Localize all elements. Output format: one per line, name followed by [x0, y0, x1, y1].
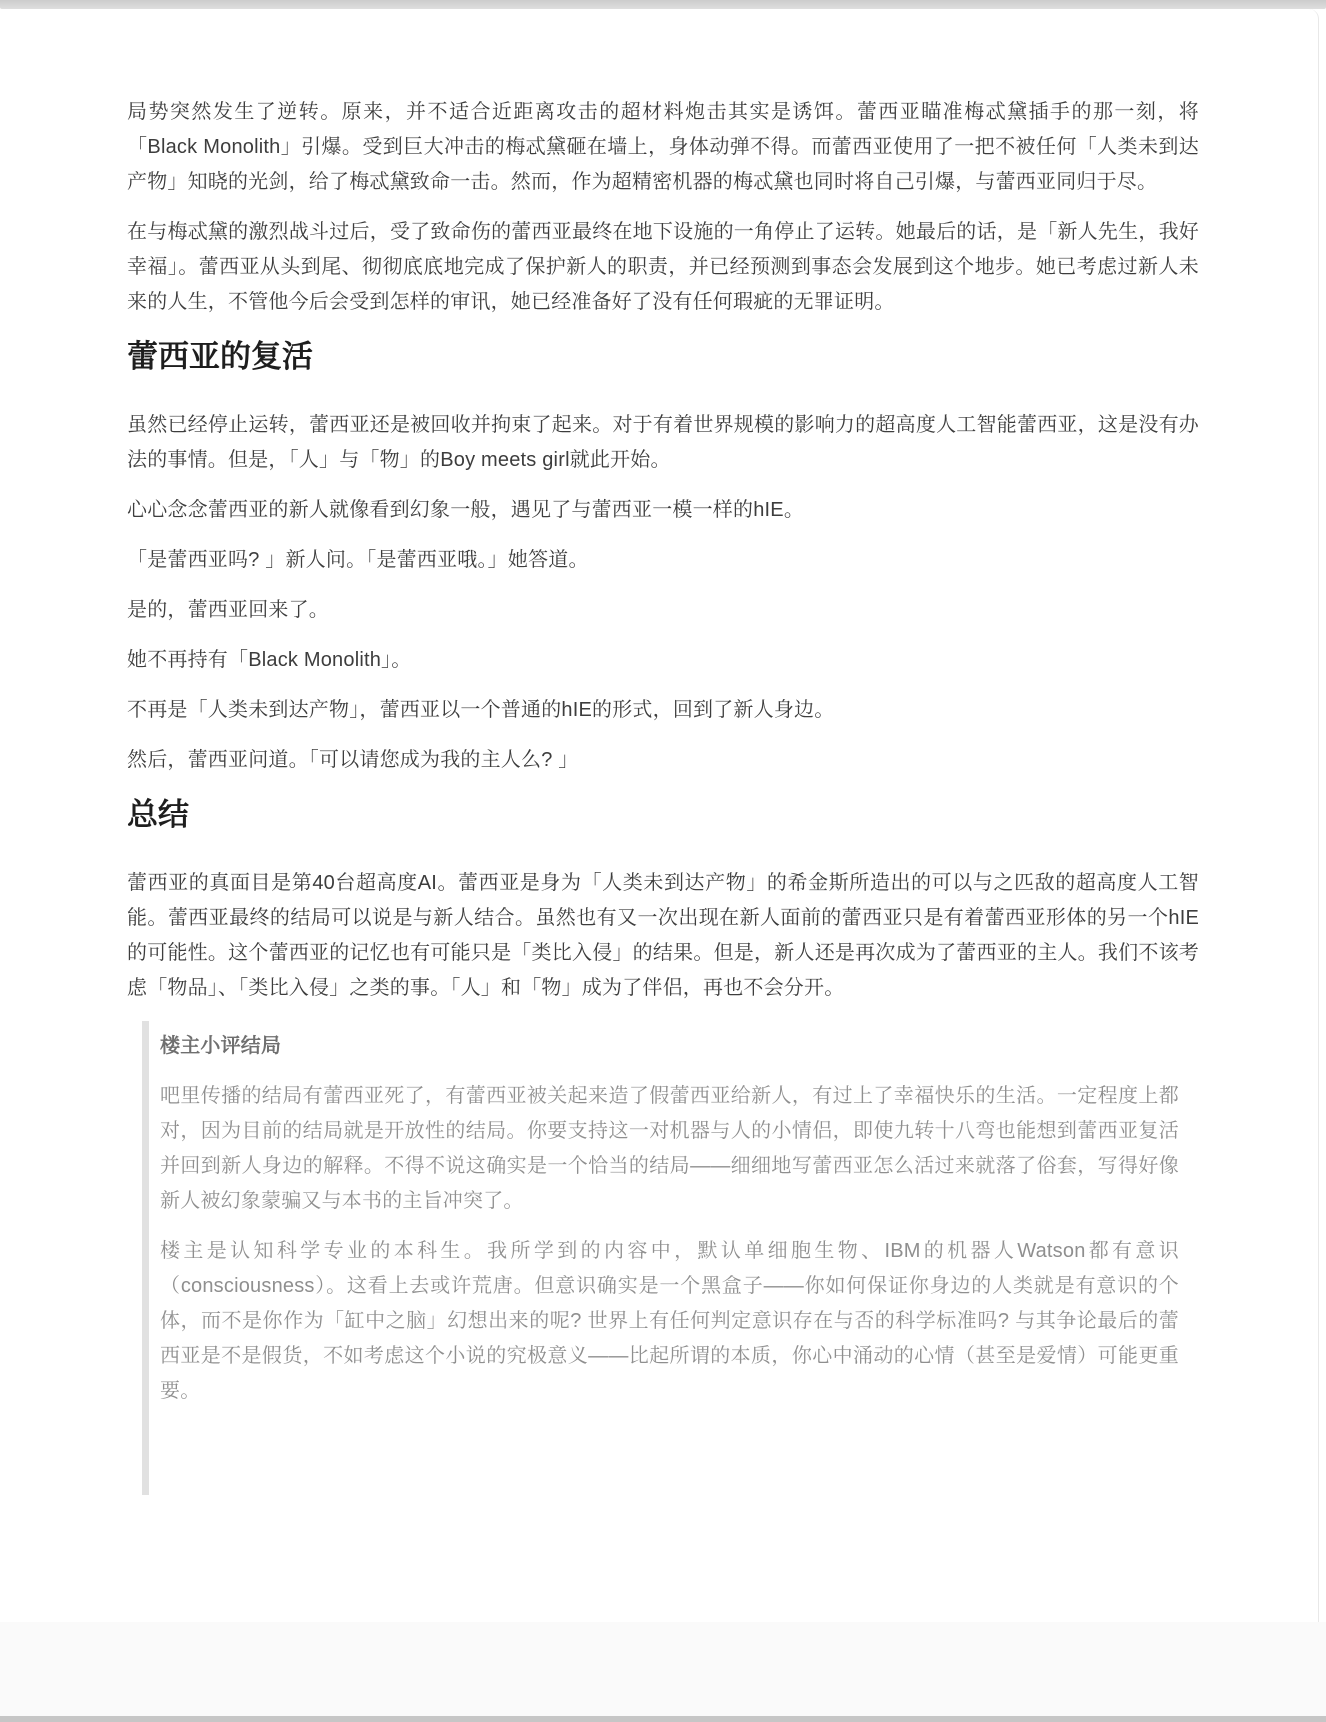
paragraph: 心心念念蕾西亚的新人就像看到幻象一般，遇见了与蕾西亚一模一样的hIE。 — [127, 493, 1199, 528]
paragraph: 虽然已经停止运转，蕾西亚还是被回收并拘束了起来。对于有着世界规模的影响力的超高度… — [127, 408, 1199, 478]
paragraph: 蕾西亚的真面目是第40台超高度AI。蕾西亚是身为「人类未到达产物」的希金斯所造出… — [127, 866, 1199, 1006]
footer-area — [0, 1622, 1326, 1716]
quote-paragraph: 楼主是认知科学专业的本科生。我所学到的内容中，默认单细胞生物、IBM的机器人Wa… — [160, 1234, 1179, 1409]
page-top-edge — [0, 0, 1326, 9]
quote-paragraph: 吧里传播的结局有蕾西亚死了，有蕾西亚被关起来造了假蕾西亚给新人，有过上了幸福快乐… — [160, 1079, 1179, 1219]
page-frame: 局势突然发生了逆转。原来，并不适合近距离攻击的超材料炮击其实是诱饵。蕾西亚瞄准梅… — [0, 0, 1326, 1722]
paragraph: 然后，蕾西亚问道。「可以请您成为我的主人么? 」 — [127, 743, 1199, 778]
paragraph: 「是蕾西亚吗? 」新人问。「是蕾西亚哦。」她答道。 — [127, 543, 1199, 578]
paragraph: 在与梅忒黛的激烈战斗过后，受了致命伤的蕾西亚最终在地下设施的一角停止了运转。她最… — [127, 215, 1199, 320]
page-bottom-edge — [0, 1716, 1326, 1722]
article-content: 局势突然发生了逆转。原来，并不适合近距离攻击的超材料炮击其实是诱饵。蕾西亚瞄准梅… — [0, 9, 1319, 1622]
paragraph: 不再是「人类未到达产物」，蕾西亚以一个普通的hIE的形式，回到了新人身边。 — [127, 693, 1199, 728]
commentary-quote-block: 楼主小评结局 吧里传播的结局有蕾西亚死了，有蕾西亚被关起来造了假蕾西亚给新人，有… — [142, 1021, 1199, 1495]
paragraph: 她不再持有「Black Monolith」。 — [127, 643, 1199, 678]
section-heading-revival: 蕾西亚的复活 — [127, 336, 1199, 378]
quote-title: 楼主小评结局 — [160, 1029, 1179, 1064]
section-heading-summary: 总结 — [127, 794, 1199, 836]
paragraph: 局势突然发生了逆转。原来，并不适合近距离攻击的超材料炮击其实是诱饵。蕾西亚瞄准梅… — [127, 95, 1199, 200]
paragraph: 是的，蕾西亚回来了。 — [127, 593, 1199, 628]
